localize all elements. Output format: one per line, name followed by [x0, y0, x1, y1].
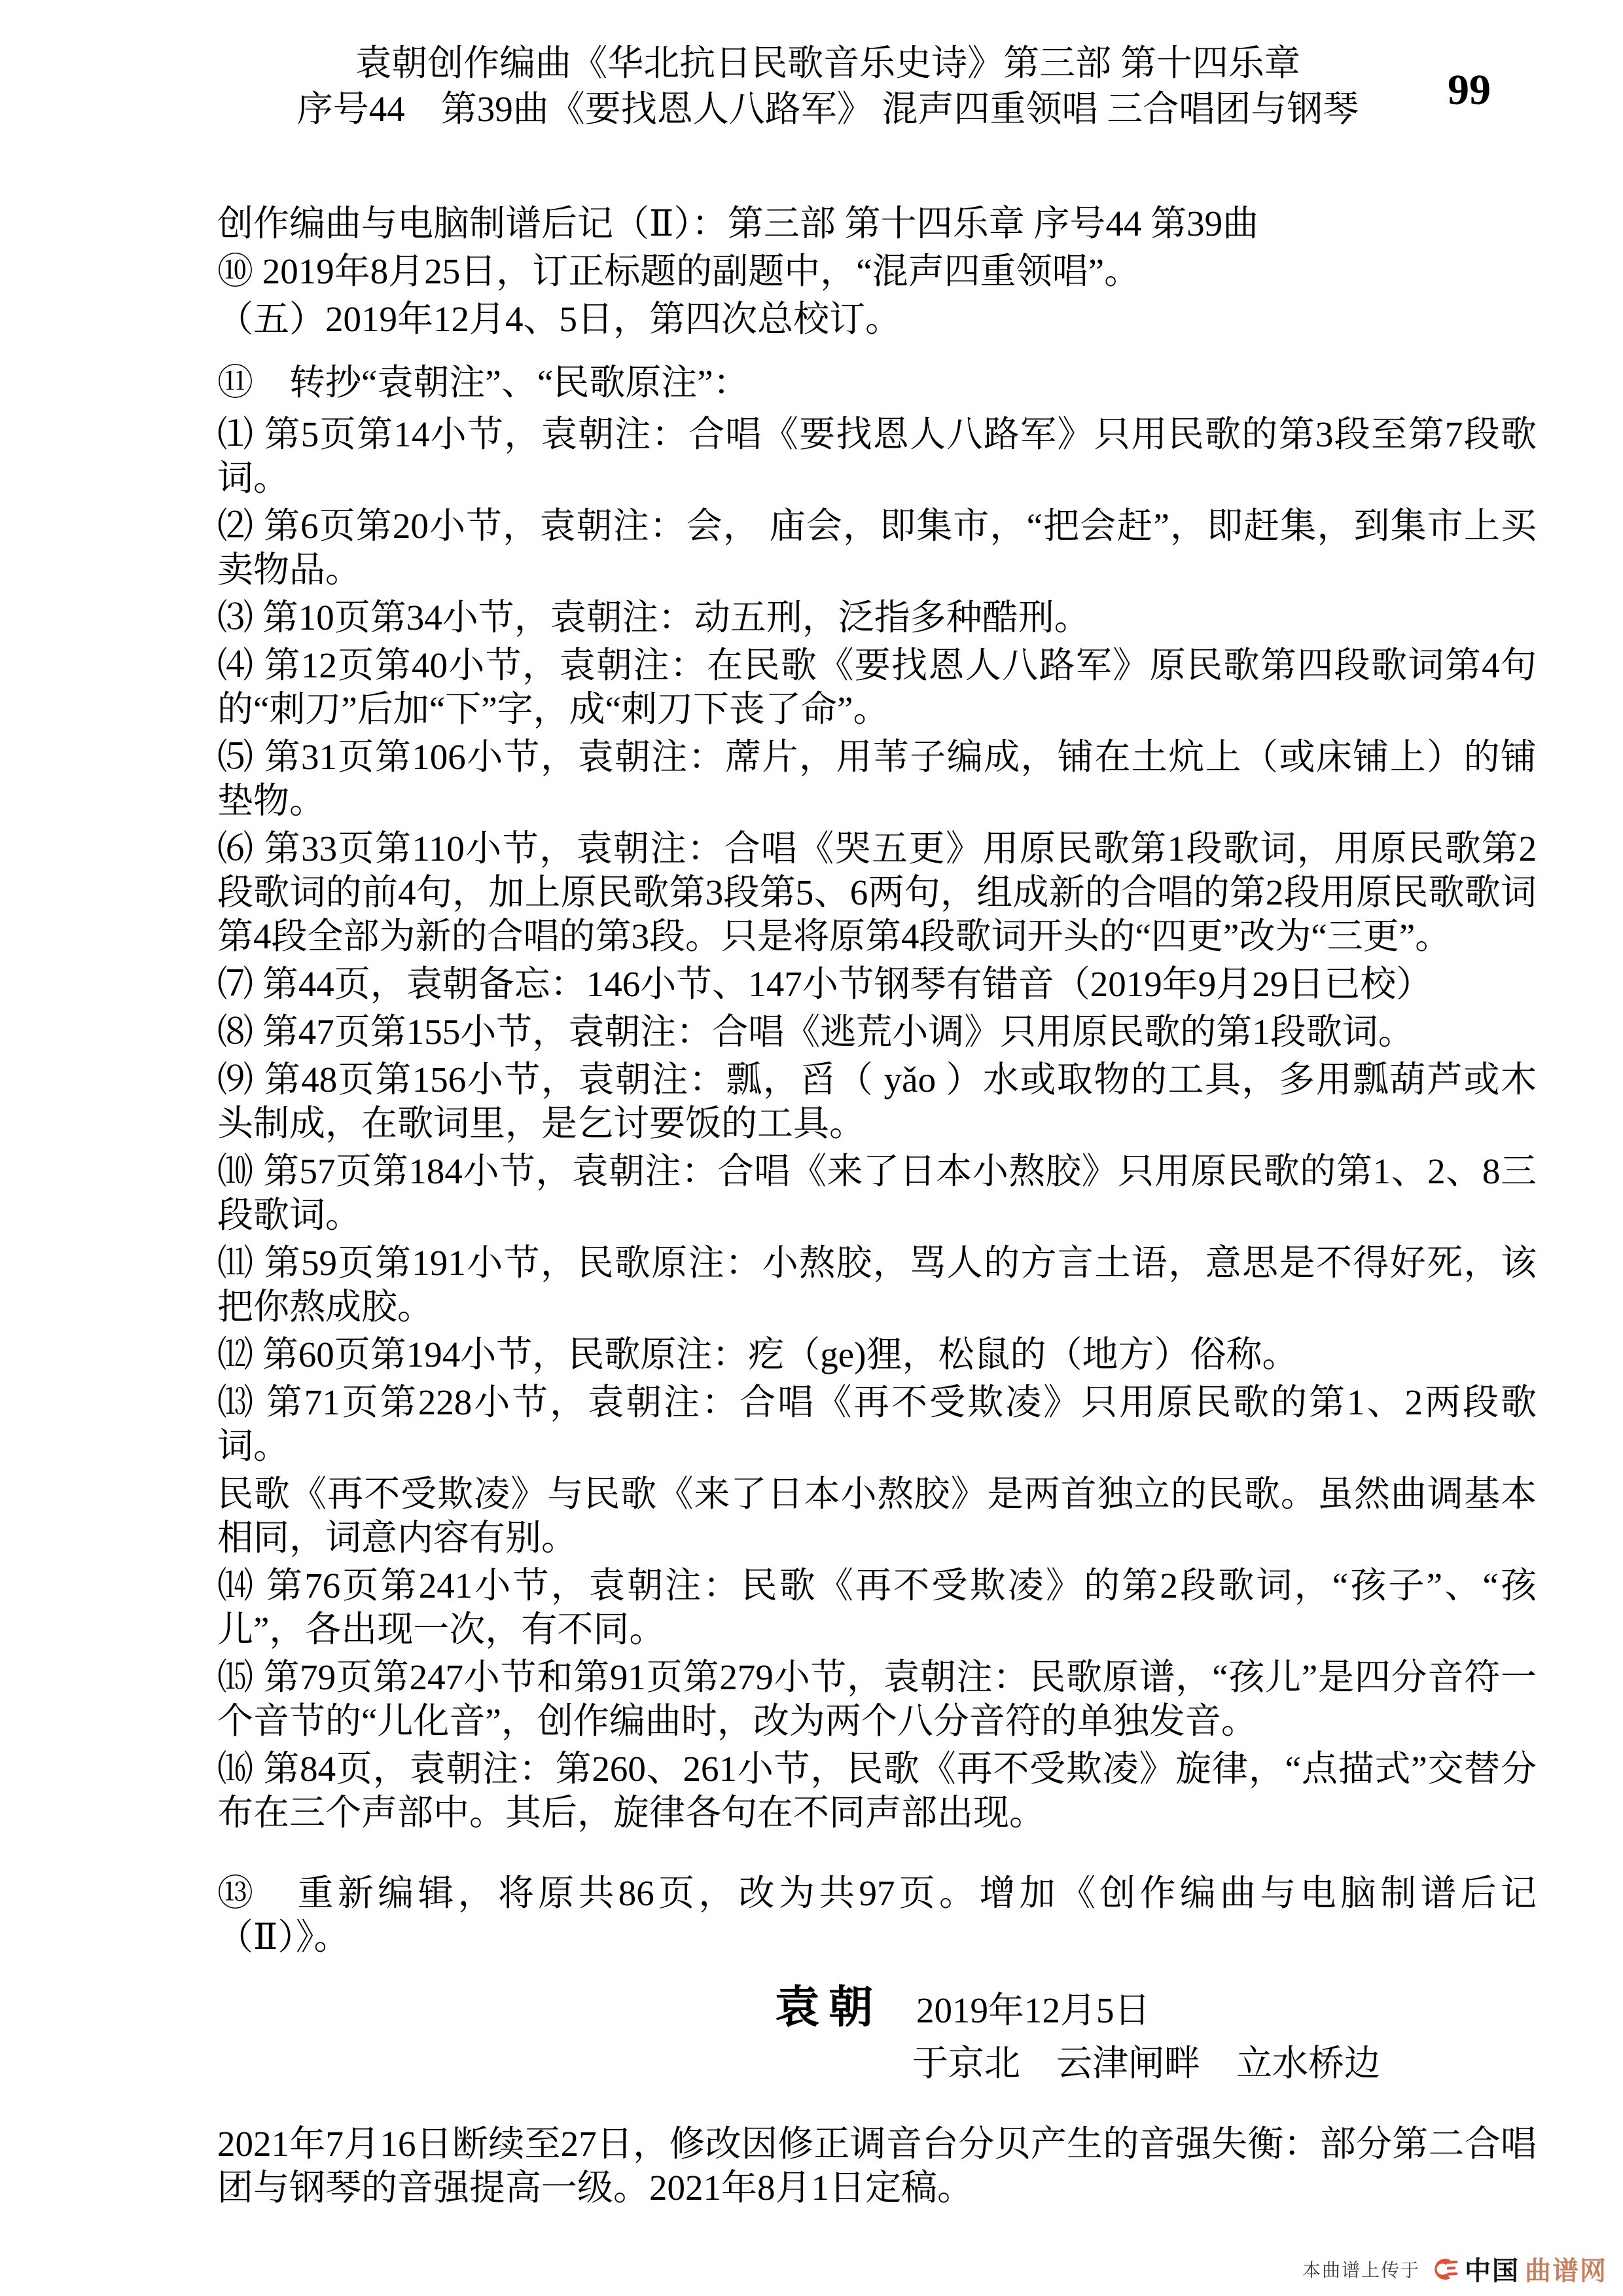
item-10: ⑩ 2019年8月25日，订正标题的副题中，“混声四重领唱”。: [217, 249, 1537, 293]
closing-paragraph: 2021年7月16日断续至27日，修改因修正调音台分贝产生的音强失衡：部分第二合…: [217, 2122, 1537, 2210]
note-paragraph: ⒃ 第84页，袁朝注：第260、261小节，民歌《再不受欺凌》旋律，“点描式”交…: [217, 1747, 1537, 1835]
postscript-title: 创作编曲与电脑制谱后记（Ⅱ）：第三部 第十四乐章 序号44 第39曲: [217, 202, 1537, 245]
header-line-1: 袁朝创作编曲《华北抗日民歌音乐史诗》第三部 第十四乐章: [196, 41, 1459, 86]
signature-row: 袁朝 2019年12月5日: [217, 1981, 1537, 2034]
note-paragraph: ⑵ 第6页第20小节，袁朝注：会， 庙会，即集市，“把会赶”，即赶集，到集市上买…: [217, 504, 1537, 592]
note-paragraph: 民歌《再不受欺凌》与民歌《来了日本小熬胶》是两首独立的民歌。虽然曲调基本相同，词…: [217, 1472, 1537, 1560]
watermark-prefix: 本曲谱上传于: [1302, 2256, 1420, 2282]
note-paragraph: ⑿ 第60页第194小节，民歌原注：疙（ge)狸，松鼠的（地方）俗称。: [217, 1333, 1537, 1376]
postscript-body: 创作编曲与电脑制谱后记（Ⅱ）：第三部 第十四乐章 序号44 第39曲 ⑩ 201…: [217, 202, 1537, 2214]
signature-date: 2019年12月5日: [916, 1988, 1150, 2032]
watermark-brand-black: 中国: [1465, 2250, 1520, 2287]
header-line-2: 序号44 第39曲《要找恩人八路军》 混声四重领唱 三合唱团与钢琴: [196, 86, 1459, 132]
notes-list: ⑴ 第5页第14小节，袁朝注：合唱《要找恩人八路军》只用民歌的第3段至第7段歌词…: [217, 412, 1537, 1835]
signature-place: 于京北 云津闸畔 立水桥边: [217, 2041, 1537, 2085]
site-watermark: 本曲谱上传于 中国 曲谱网: [1302, 2250, 1607, 2287]
note-paragraph: ⑼ 第48页第156小节，袁朝注：瓢，舀（ yǎo ）水或取物的工具，多用瓢葫芦…: [217, 1058, 1537, 1145]
note-paragraph: ⑶ 第10页第34小节，袁朝注：动五刑，泛指多种酷刑。: [217, 596, 1537, 639]
note-paragraph: ⑴ 第5页第14小节，袁朝注：合唱《要找恩人八路军》只用民歌的第3段至第7段歌词…: [217, 412, 1537, 500]
qupuwang-logo-icon: [1429, 2254, 1459, 2284]
document-page: 袁朝创作编曲《华北抗日民歌音乐史诗》第三部 第十四乐章 序号44 第39曲《要找…: [0, 0, 1623, 2296]
page-header: 袁朝创作编曲《华北抗日民歌音乐史诗》第三部 第十四乐章 序号44 第39曲《要找…: [196, 41, 1459, 132]
note-paragraph: ⑹ 第33页第110小节，袁朝注：合唱《哭五更》用原民歌第1段歌词，用原民歌第2…: [217, 827, 1537, 958]
note-paragraph: ⑺ 第44页，袁朝备忘：146小节、147小节钢琴有错音（2019年9月29日已…: [217, 962, 1537, 1006]
note-paragraph: ⑾ 第59页第191小节，民歌原注：小熬胶，骂人的方言土语，意思是不得好死，该把…: [217, 1241, 1537, 1329]
note-paragraph: ⑻ 第47页第155小节，袁朝注：合唱《逃荒小调》只用原民歌的第1段歌词。: [217, 1010, 1537, 1054]
note-paragraph: ⑷ 第12页第40小节，袁朝注：在民歌《要找恩人八路军》原民歌第四段歌词第4句的…: [217, 643, 1537, 731]
note-paragraph: ⑸ 第31页第106小节，袁朝注：蓆片，用苇子编成，铺在土炕上（或床铺上）的铺垫…: [217, 735, 1537, 823]
note-paragraph: ⒁ 第76页第241小节，袁朝注：民歌《再不受欺凌》的第2段歌词，“孩子”、“孩…: [217, 1564, 1537, 1651]
note-paragraph: ⒀ 第71页第228小节，袁朝注：合唱《再不受欺凌》只用原民歌的第1、2两段歌词…: [217, 1380, 1537, 1468]
page-number: 99: [1448, 65, 1491, 115]
note-paragraph: ⒂ 第79页第247小节和第91页第279小节，袁朝注：民歌原谱，“孩儿”是四分…: [217, 1655, 1537, 1743]
watermark-brand-colored: 曲谱网: [1525, 2250, 1607, 2287]
item-wu: （五）2019年12月4、5日，第四次总校订。: [217, 297, 1537, 341]
section-11-heading: ⑪ 转抄“袁朝注”、“民歌原注”：: [217, 361, 1537, 404]
signature-name: 袁朝: [775, 1981, 882, 2034]
section-13: ⑬ 重新编辑，将原共86页，改为共97页。增加《创作编曲与电脑制谱后记（Ⅱ）》。: [217, 1871, 1537, 1959]
note-paragraph: ⑽ 第57页第184小节，袁朝注：合唱《来了日本小熬胶》只用原民歌的第1、2、8…: [217, 1149, 1537, 1237]
